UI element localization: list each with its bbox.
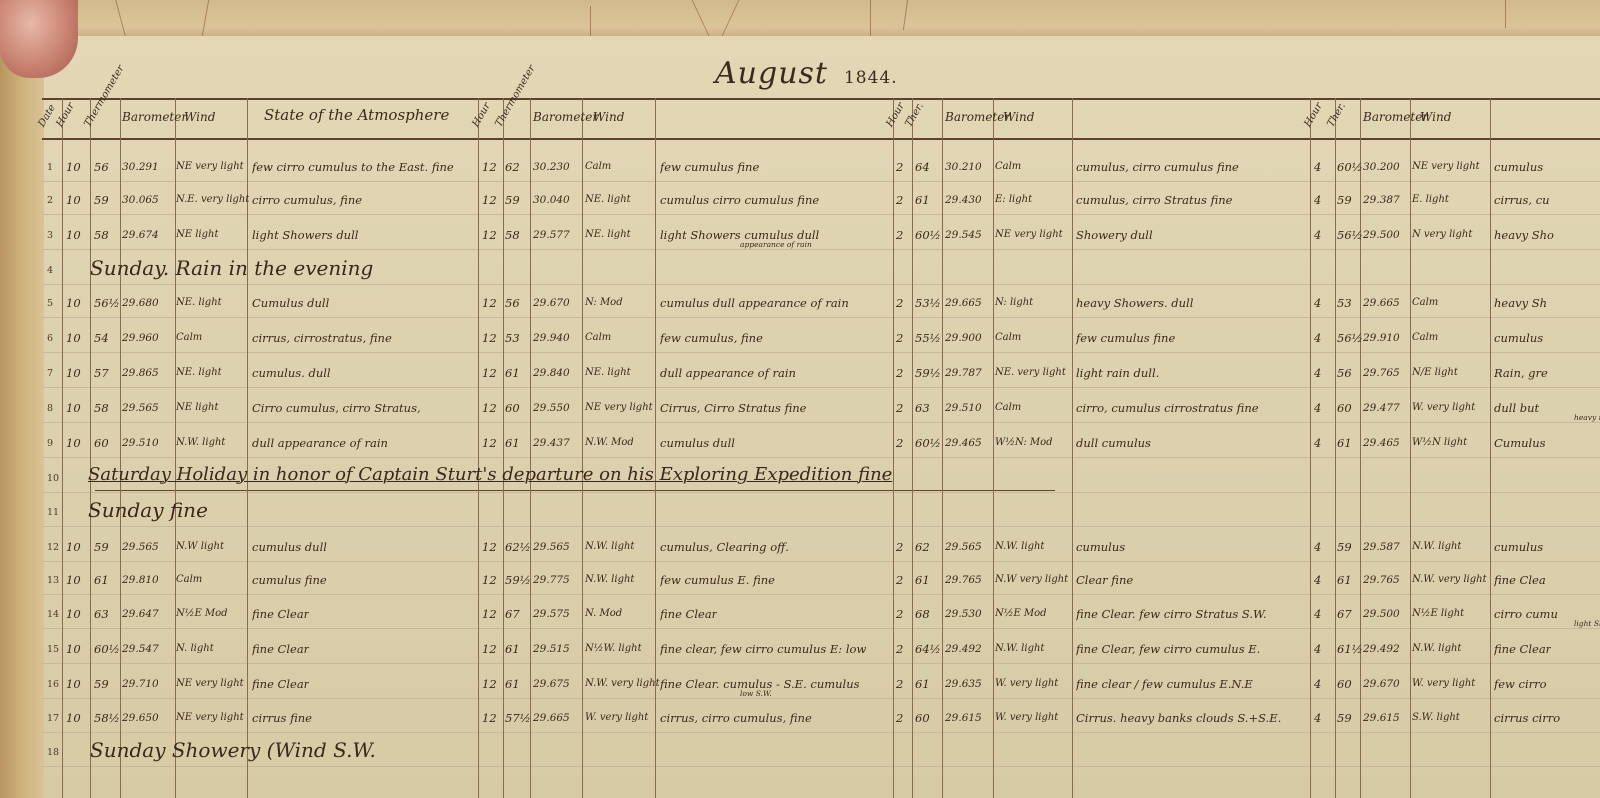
obs-barometer: 29.465 bbox=[1363, 436, 1400, 450]
obs-barometer: 29.565 bbox=[122, 401, 159, 415]
obs-state-note: appearance of rain bbox=[740, 241, 812, 249]
obs-hour: 4 bbox=[1314, 540, 1321, 554]
row-date: 16 bbox=[47, 678, 59, 692]
row-date: 18 bbox=[47, 746, 59, 760]
obs-thermometer: 59 bbox=[94, 193, 109, 207]
obs-thermometer: 60 bbox=[915, 711, 930, 725]
obs-state: Cumulus dull bbox=[252, 296, 329, 310]
obs-hour: 12 bbox=[482, 436, 497, 450]
obs-wind: W. very light bbox=[585, 711, 648, 725]
obs-barometer: 29.665 bbox=[533, 711, 570, 725]
obs-barometer: 29.635 bbox=[945, 677, 982, 691]
obs-hour: 10 bbox=[66, 296, 81, 310]
obs-thermometer: 56½ bbox=[1337, 331, 1363, 345]
obs-hour: 2 bbox=[896, 401, 903, 415]
obs-state: cumulus bbox=[1494, 160, 1543, 174]
obs-wind: N½E Mod bbox=[995, 607, 1047, 621]
ruled-line bbox=[42, 561, 1600, 562]
obs-barometer: 29.765 bbox=[1363, 366, 1400, 380]
obs-barometer: 29.477 bbox=[1363, 401, 1400, 415]
obs-wind: Calm bbox=[585, 160, 611, 174]
obs-wind: Calm bbox=[176, 573, 202, 587]
column-rule bbox=[942, 98, 943, 798]
obs-state: cirrus fine bbox=[252, 711, 312, 725]
obs-hour: 10 bbox=[66, 401, 81, 415]
obs-thermometer: 61 bbox=[505, 366, 520, 380]
obs-hour: 2 bbox=[896, 711, 903, 725]
obs-wind: Calm bbox=[1412, 296, 1438, 310]
obs-state: cirrus, cirrostratus, fine bbox=[252, 331, 392, 345]
obs-barometer: 29.550 bbox=[533, 401, 570, 415]
obs-wind: Calm bbox=[1412, 331, 1438, 345]
obs-hour: 2 bbox=[896, 193, 903, 207]
obs-wind: N.W. light bbox=[995, 540, 1044, 554]
obs-state: few cirro bbox=[1494, 677, 1547, 691]
obs-wind: NE. very light bbox=[995, 366, 1066, 380]
obs-barometer: 29.674 bbox=[122, 228, 159, 242]
row-date: 13 bbox=[47, 574, 59, 588]
obs-hour: 10 bbox=[66, 331, 81, 345]
obs-state: cumulus, cirro cumulus fine bbox=[1076, 160, 1239, 174]
ruled-line bbox=[42, 594, 1600, 595]
column-rule bbox=[1410, 98, 1411, 798]
obs-wind: N.W light bbox=[176, 540, 224, 554]
obs-thermometer: 56 bbox=[505, 296, 520, 310]
obs-state: Showery dull bbox=[1076, 228, 1153, 242]
obs-thermometer: 61 bbox=[1337, 573, 1352, 587]
obs-barometer: 29.665 bbox=[945, 296, 982, 310]
obs-state: fine clear / few cumulus E.N.E bbox=[1076, 677, 1253, 691]
obs-state-note: low S.W. bbox=[740, 690, 772, 698]
obs-hour: 10 bbox=[66, 711, 81, 725]
obs-barometer: 29.787 bbox=[945, 366, 982, 380]
span-note: Saturday Holiday in honor of Captain Stu… bbox=[88, 464, 892, 485]
obs-thermometer: 53 bbox=[1337, 296, 1352, 310]
obs-barometer: 29.387 bbox=[1363, 193, 1400, 207]
ruled-line bbox=[42, 766, 1600, 767]
obs-thermometer: 53 bbox=[505, 331, 520, 345]
row-date: 17 bbox=[47, 712, 59, 726]
row-date: 8 bbox=[47, 402, 53, 416]
obs-barometer: 29.565 bbox=[122, 540, 159, 554]
obs-barometer: 29.437 bbox=[533, 436, 570, 450]
obs-thermometer: 59 bbox=[1337, 711, 1352, 725]
obs-state: cirro cumu bbox=[1494, 607, 1558, 621]
obs-hour: 2 bbox=[896, 366, 903, 380]
obs-state: dull cumulus bbox=[1076, 436, 1151, 450]
obs-hour: 12 bbox=[482, 366, 497, 380]
obs-hour: 4 bbox=[1314, 331, 1321, 345]
obs-state: dull appearance of rain bbox=[252, 436, 388, 450]
obs-state: fine Clear bbox=[1494, 642, 1551, 656]
obs-state: fine Clea bbox=[1494, 573, 1546, 587]
obs-wind: N.E. very light bbox=[176, 193, 249, 207]
obs-hour: 12 bbox=[482, 677, 497, 691]
obs-thermometer: 61 bbox=[505, 642, 520, 656]
column-rule bbox=[478, 98, 479, 798]
obs-thermometer: 62 bbox=[915, 540, 930, 554]
ruled-line bbox=[42, 663, 1600, 664]
title-month: August bbox=[715, 56, 828, 91]
obs-barometer: 29.647 bbox=[122, 607, 159, 621]
obs-state: cumulus cirro cumulus fine bbox=[660, 193, 819, 207]
obs-thermometer: 53½ bbox=[915, 296, 941, 310]
obs-hour: 4 bbox=[1314, 573, 1321, 587]
obs-state: cirrus, cirro cumulus, fine bbox=[660, 711, 812, 725]
obs-hour: 10 bbox=[66, 436, 81, 450]
obs-thermometer: 59½ bbox=[505, 573, 531, 587]
obs-thermometer: 63 bbox=[94, 607, 109, 621]
obs-state: fine Clear bbox=[660, 607, 717, 621]
obs-state: few cumulus fine bbox=[1076, 331, 1175, 345]
obs-barometer: 29.650 bbox=[122, 711, 159, 725]
obs-state: cumulus bbox=[1494, 540, 1543, 554]
obs-barometer: 29.665 bbox=[1363, 296, 1400, 310]
obs-thermometer: 61 bbox=[94, 573, 109, 587]
column-rule bbox=[1335, 98, 1336, 798]
obs-barometer: 29.565 bbox=[533, 540, 570, 554]
obs-barometer: 29.510 bbox=[945, 401, 982, 415]
obs-thermometer: 60 bbox=[94, 436, 109, 450]
obs-wind: N very light bbox=[1412, 228, 1472, 242]
column-rule bbox=[1490, 98, 1491, 798]
obs-hour: 12 bbox=[482, 193, 497, 207]
obs-barometer: 29.900 bbox=[945, 331, 982, 345]
underline-rule bbox=[95, 490, 1055, 491]
obs-state: Cirrus, Cirro Stratus fine bbox=[660, 401, 806, 415]
obs-barometer: 29.587 bbox=[1363, 540, 1400, 554]
obs-barometer: 29.545 bbox=[945, 228, 982, 242]
span-note: Sunday. Rain in the evening bbox=[90, 256, 373, 280]
row-date: 12 bbox=[47, 541, 59, 555]
column-rule bbox=[530, 98, 531, 798]
column-rule bbox=[655, 98, 656, 798]
ruled-line bbox=[42, 387, 1600, 388]
header-barometer: Barometer bbox=[122, 110, 187, 124]
obs-hour: 10 bbox=[66, 366, 81, 380]
obs-hour: 2 bbox=[896, 296, 903, 310]
obs-thermometer: 60 bbox=[505, 401, 520, 415]
obs-wind: W. very light bbox=[1412, 401, 1475, 415]
obs-wind: N½E Mod bbox=[176, 607, 228, 621]
obs-state: fine Clear bbox=[252, 642, 309, 656]
obs-barometer: 29.500 bbox=[1363, 607, 1400, 621]
obs-wind: N.W. light bbox=[1412, 540, 1461, 554]
obs-wind: N.W. light bbox=[995, 642, 1044, 656]
obs-barometer: 29.765 bbox=[945, 573, 982, 587]
obs-thermometer: 61 bbox=[915, 193, 930, 207]
obs-barometer: 30.065 bbox=[122, 193, 159, 207]
obs-thermometer: 62 bbox=[505, 160, 520, 174]
obs-wind: Calm bbox=[995, 331, 1021, 345]
obs-wind: Calm bbox=[585, 331, 611, 345]
obs-wind: E. light bbox=[1412, 193, 1449, 207]
obs-barometer: 29.840 bbox=[533, 366, 570, 380]
header-bottom-rule bbox=[42, 138, 1600, 140]
obs-thermometer: 60 bbox=[1337, 677, 1352, 691]
obs-wind: N½E light bbox=[1412, 607, 1464, 621]
obs-wind: NE very light bbox=[176, 711, 244, 725]
page-binding-edge bbox=[0, 36, 44, 798]
obs-hour: 4 bbox=[1314, 677, 1321, 691]
obs-hour: 10 bbox=[66, 193, 81, 207]
obs-hour: 2 bbox=[896, 573, 903, 587]
obs-barometer: 29.615 bbox=[1363, 711, 1400, 725]
map-sketch-line bbox=[115, 0, 126, 36]
obs-wind: Calm bbox=[995, 401, 1021, 415]
obs-thermometer: 57 bbox=[94, 366, 109, 380]
row-date: 10 bbox=[47, 472, 59, 486]
obs-wind: W½N: Mod bbox=[995, 436, 1053, 450]
column-rule bbox=[993, 98, 994, 798]
obs-thermometer: 59 bbox=[1337, 540, 1352, 554]
obs-state: cumulus bbox=[1076, 540, 1125, 554]
obs-wind: N. Mod bbox=[585, 607, 622, 621]
obs-wind: NE very light bbox=[995, 228, 1063, 242]
obs-barometer: 29.565 bbox=[945, 540, 982, 554]
ruled-line bbox=[42, 422, 1600, 423]
obs-hour: 12 bbox=[482, 642, 497, 656]
obs-wind: N.W. light bbox=[176, 436, 225, 450]
obs-state-note: heavy rain bbox=[1574, 414, 1600, 422]
obs-thermometer: 63 bbox=[915, 401, 930, 415]
obs-hour: 10 bbox=[66, 677, 81, 691]
column-rule bbox=[503, 98, 504, 798]
obs-hour: 4 bbox=[1314, 366, 1321, 380]
row-date: 14 bbox=[47, 608, 59, 622]
obs-hour: 12 bbox=[482, 711, 497, 725]
header-state-of-atmosphere: State of the Atmosphere bbox=[264, 106, 449, 124]
obs-thermometer: 60½ bbox=[915, 228, 941, 242]
obs-state: cumulus dull appearance of rain bbox=[660, 296, 849, 310]
obs-hour: 10 bbox=[66, 540, 81, 554]
ruled-line bbox=[42, 492, 1600, 493]
obs-barometer: 29.680 bbox=[122, 296, 159, 310]
obs-wind: NE light bbox=[176, 228, 219, 242]
obs-thermometer: 62½ bbox=[505, 540, 531, 554]
obs-hour: 2 bbox=[896, 331, 903, 345]
row-date: 1 bbox=[47, 161, 53, 175]
obs-barometer: 29.615 bbox=[945, 711, 982, 725]
column-rule bbox=[912, 98, 913, 798]
obs-hour: 12 bbox=[482, 331, 497, 345]
obs-state: Cirrus. heavy banks clouds S.+S.E. bbox=[1076, 711, 1281, 725]
obs-thermometer: 60 bbox=[1337, 401, 1352, 415]
header-barometer: Barometer bbox=[1363, 110, 1428, 124]
obs-wind: NE very light bbox=[176, 677, 244, 691]
ruled-line bbox=[42, 317, 1600, 318]
obs-wind: N.W. very light bbox=[1412, 573, 1487, 587]
header-barometer: Barometer bbox=[945, 110, 1010, 124]
ruled-line bbox=[42, 352, 1600, 353]
map-sketch-line bbox=[870, 0, 871, 36]
obs-wind: W. very light bbox=[995, 711, 1058, 725]
obs-hour: 4 bbox=[1314, 160, 1321, 174]
obs-state: fine clear, few cirro cumulus E: low bbox=[660, 642, 866, 656]
obs-hour: 10 bbox=[66, 573, 81, 587]
obs-hour: 12 bbox=[482, 160, 497, 174]
column-rule bbox=[1360, 98, 1361, 798]
ruled-line bbox=[42, 526, 1600, 527]
obs-state: cirrus, cu bbox=[1494, 193, 1550, 207]
row-date: 15 bbox=[47, 643, 59, 657]
row-date: 6 bbox=[47, 332, 53, 346]
obs-wind: NE light bbox=[176, 401, 219, 415]
obs-barometer: 30.040 bbox=[533, 193, 570, 207]
span-note: Sunday fine bbox=[88, 498, 208, 522]
obs-barometer: 29.960 bbox=[122, 331, 159, 345]
obs-hour: 2 bbox=[896, 642, 903, 656]
obs-state: Cirro cumulus, cirro Stratus, bbox=[252, 401, 421, 415]
obs-state: Clear fine bbox=[1076, 573, 1133, 587]
row-date: 9 bbox=[47, 437, 53, 451]
obs-state: cumulus fine bbox=[252, 573, 327, 587]
obs-state: cumulus dull bbox=[252, 540, 327, 554]
obs-wind: W½N light bbox=[1412, 436, 1467, 450]
obs-barometer: 29.670 bbox=[1363, 677, 1400, 691]
map-sketch-strip bbox=[0, 0, 1600, 38]
obs-barometer: 29.515 bbox=[533, 642, 570, 656]
obs-wind: NE very light bbox=[1412, 160, 1480, 174]
obs-hour: 2 bbox=[896, 436, 903, 450]
obs-wind: N. light bbox=[176, 642, 214, 656]
obs-barometer: 29.492 bbox=[945, 642, 982, 656]
obs-thermometer: 56½ bbox=[94, 296, 120, 310]
header-top-rule bbox=[42, 98, 1600, 100]
obs-thermometer: 68 bbox=[915, 607, 930, 621]
obs-state: dull appearance of rain bbox=[660, 366, 796, 380]
row-date: 11 bbox=[47, 506, 59, 520]
obs-thermometer: 59 bbox=[94, 540, 109, 554]
obs-hour: 12 bbox=[482, 540, 497, 554]
obs-hour: 4 bbox=[1314, 296, 1321, 310]
obs-wind: NE. light bbox=[585, 366, 631, 380]
obs-hour: 12 bbox=[482, 401, 497, 415]
obs-thermometer: 61 bbox=[915, 677, 930, 691]
obs-wind: NE. light bbox=[176, 366, 222, 380]
obs-thermometer: 60½ bbox=[1337, 160, 1363, 174]
obs-barometer: 30.200 bbox=[1363, 160, 1400, 174]
map-sketch-line bbox=[590, 6, 591, 36]
obs-state: cumulus, cirro Stratus fine bbox=[1076, 193, 1232, 207]
obs-state: dull but bbox=[1494, 401, 1539, 415]
obs-thermometer: 58½ bbox=[94, 711, 120, 725]
obs-barometer: 30.291 bbox=[122, 160, 159, 174]
obs-hour: 4 bbox=[1314, 607, 1321, 621]
column-rule bbox=[1072, 98, 1073, 798]
obs-thermometer: 60½ bbox=[915, 436, 941, 450]
obs-state: few cumulus fine bbox=[660, 160, 759, 174]
obs-barometer: 29.530 bbox=[945, 607, 982, 621]
obs-thermometer: 64½ bbox=[915, 642, 941, 656]
row-date: 7 bbox=[47, 367, 53, 381]
obs-state: cirro cumulus, fine bbox=[252, 193, 362, 207]
obs-state: cumulus bbox=[1494, 331, 1543, 345]
obs-thermometer: 67 bbox=[505, 607, 520, 621]
obs-thermometer: 58 bbox=[94, 228, 109, 242]
header-barometer: Barometer bbox=[533, 110, 598, 124]
obs-wind: Calm bbox=[176, 331, 202, 345]
obs-hour: 4 bbox=[1314, 711, 1321, 725]
map-sketch-line bbox=[202, 0, 209, 36]
obs-wind: W. very light bbox=[1412, 677, 1475, 691]
obs-wind: N.W. very light bbox=[585, 677, 660, 691]
obs-barometer: 29.710 bbox=[122, 677, 159, 691]
row-date: 5 bbox=[47, 297, 53, 311]
obs-thermometer: 64 bbox=[915, 160, 930, 174]
header-wind: Wind bbox=[1420, 110, 1451, 124]
obs-hour: 2 bbox=[896, 160, 903, 174]
column-rule bbox=[120, 98, 121, 798]
obs-wind: N: light bbox=[995, 296, 1033, 310]
obs-state-note: light Showe bbox=[1574, 620, 1600, 628]
obs-wind: NE. light bbox=[585, 228, 631, 242]
ruled-line bbox=[42, 457, 1600, 458]
map-sketch-line bbox=[692, 0, 710, 36]
obs-barometer: 29.940 bbox=[533, 331, 570, 345]
map-sketch-line bbox=[722, 0, 740, 36]
column-rule bbox=[90, 98, 91, 798]
column-rule bbox=[893, 98, 894, 798]
obs-barometer: 29.577 bbox=[533, 228, 570, 242]
obs-hour: 4 bbox=[1314, 193, 1321, 207]
obs-hour: 10 bbox=[66, 160, 81, 174]
obs-state: fine Clear bbox=[252, 607, 309, 621]
obs-hour: 2 bbox=[896, 540, 903, 554]
obs-barometer: 29.547 bbox=[122, 642, 159, 656]
obs-barometer: 29.492 bbox=[1363, 642, 1400, 656]
obs-barometer: 29.675 bbox=[533, 677, 570, 691]
obs-wind: N.W. light bbox=[585, 573, 634, 587]
header-wind: Wind bbox=[1003, 110, 1034, 124]
map-sketch-line bbox=[903, 0, 908, 30]
obs-barometer: 29.670 bbox=[533, 296, 570, 310]
obs-thermometer: 61 bbox=[505, 677, 520, 691]
obs-hour: 10 bbox=[66, 228, 81, 242]
column-rule bbox=[62, 98, 63, 798]
ruled-line bbox=[42, 181, 1600, 182]
obs-barometer: 29.510 bbox=[122, 436, 159, 450]
ruled-line bbox=[42, 249, 1600, 250]
obs-barometer: 29.465 bbox=[945, 436, 982, 450]
obs-hour: 12 bbox=[482, 573, 497, 587]
obs-wind: N½W. light bbox=[585, 642, 642, 656]
obs-barometer: 29.865 bbox=[122, 366, 159, 380]
obs-state: cumulus. dull bbox=[252, 366, 331, 380]
obs-thermometer: 54 bbox=[94, 331, 109, 345]
obs-barometer: 30.210 bbox=[945, 160, 982, 174]
obs-state: heavy Sh bbox=[1494, 296, 1547, 310]
obs-wind: N: Mod bbox=[585, 296, 623, 310]
obs-hour: 4 bbox=[1314, 436, 1321, 450]
obs-state: heavy Sho bbox=[1494, 228, 1554, 242]
obs-wind: W. very light bbox=[995, 677, 1058, 691]
obs-wind: N.W. Mod bbox=[585, 436, 634, 450]
obs-wind: NE very light bbox=[176, 160, 244, 174]
title-year: 1844. bbox=[844, 68, 898, 88]
obs-thermometer: 59 bbox=[505, 193, 520, 207]
header-wind: Wind bbox=[184, 110, 215, 124]
obs-barometer: 29.765 bbox=[1363, 573, 1400, 587]
obs-hour: 2 bbox=[896, 228, 903, 242]
ruled-line bbox=[42, 732, 1600, 733]
obs-hour: 12 bbox=[482, 228, 497, 242]
span-note: Sunday Showery (Wind S.W. bbox=[90, 738, 376, 762]
obs-hour: 4 bbox=[1314, 642, 1321, 656]
obs-thermometer: 61 bbox=[1337, 436, 1352, 450]
obs-wind: S.W. light bbox=[1412, 711, 1460, 725]
obs-barometer: 29.575 bbox=[533, 607, 570, 621]
